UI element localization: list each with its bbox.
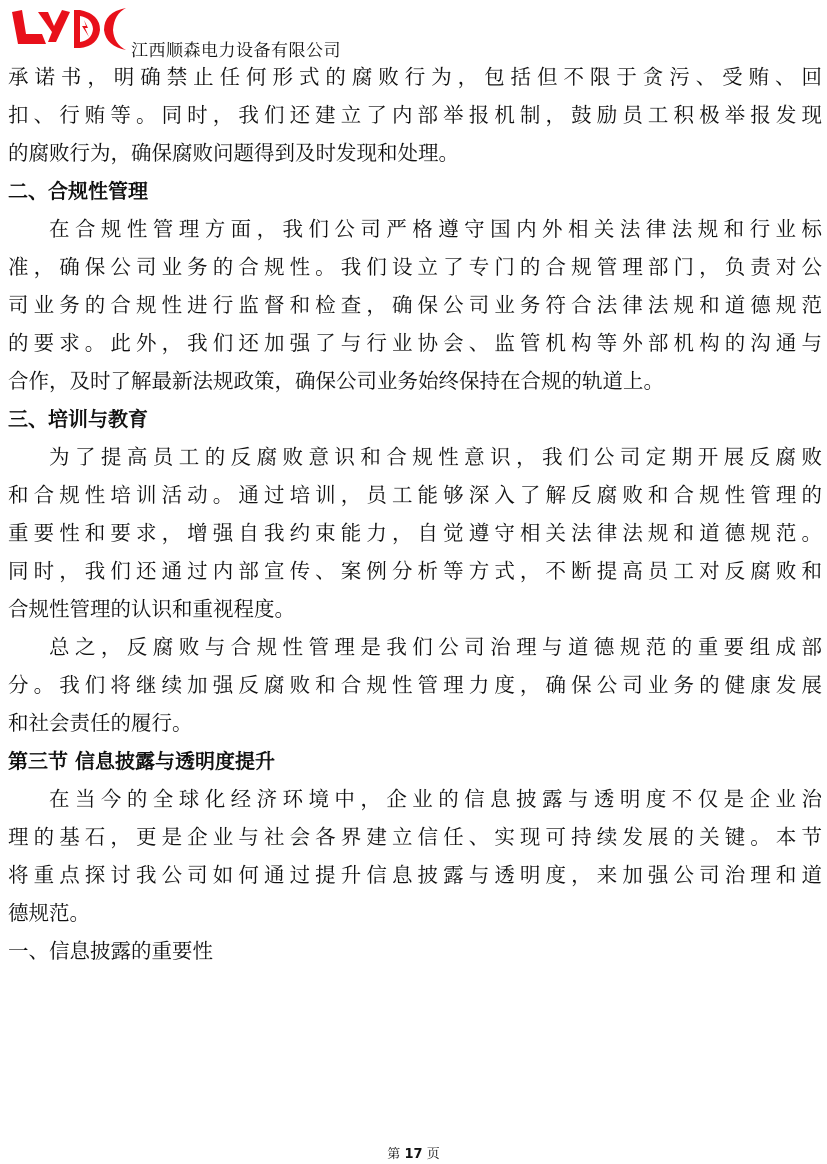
page-footer: 第 17 页 [0, 1143, 827, 1162]
document-body: 承诺书，明确禁止任何形式的腐败行为，包括但不限于贪污、受贿、回扣、行贿等。同时，… [8, 58, 822, 970]
page-suffix: 页 [427, 1147, 440, 1162]
paragraph-line: 司业务的合规性进行监督和检查，确保公司业务符合法律法规和道德规范 [8, 286, 822, 324]
section-heading: 二、合规性管理 [8, 172, 822, 210]
page-prefix: 第 [387, 1147, 400, 1162]
paragraph-line: 合规性管理的认识和重视程度。 [8, 590, 822, 628]
paragraph-line: 和合规性培训活动。通过培训，员工能够深入了解反腐败和合规性管理的 [8, 476, 822, 514]
paragraph-line: 理的基石，更是企业与社会各界建立信任、实现可持续发展的关键。本节 [8, 818, 822, 856]
paragraph-line: 德规范。 [8, 894, 822, 932]
paragraph-line: 总之，反腐败与合规性管理是我们公司治理与道德规范的重要组成部 [8, 628, 822, 666]
paragraph-line: 的腐败行为，确保腐败问题得到及时发现和处理。 [8, 134, 822, 172]
company-logo-icon [8, 4, 132, 50]
paragraph-line: 重要性和要求，增强自我约束能力，自觉遵守相关法律法规和道德规范。 [8, 514, 822, 552]
paragraph-line: 将重点探讨我公司如何通过提升信息披露与透明度，来加强公司治理和道 [8, 856, 822, 894]
paragraph-line: 扣、行贿等。同时，我们还建立了内部举报机制，鼓励员工积极举报发现 [8, 96, 822, 134]
paragraph-line: 合作，及时了解最新法规政策，确保公司业务始终保持在合规的轨道上。 [8, 362, 822, 400]
paragraph-line: 承诺书，明确禁止任何形式的腐败行为，包括但不限于贪污、受贿、回 [8, 58, 822, 96]
paragraph-line: 准，确保公司业务的合规性。我们设立了专门的合规管理部门，负责对公 [8, 248, 822, 286]
paragraph-line: 和社会责任的履行。 [8, 704, 822, 742]
paragraph-line: 分。我们将继续加强反腐败和合规性管理力度，确保公司业务的健康发展 [8, 666, 822, 704]
paragraph-line: 同时，我们还通过内部宣传、案例分析等方式，不断提高员工对反腐败和 [8, 552, 822, 590]
page-header: 江西顺森电力设备有限公司 [0, 0, 827, 58]
paragraph-line: 在当今的全球化经济环境中，企业的信息披露与透明度不仅是企业治 [8, 780, 822, 818]
paragraph-line: 在合规性管理方面，我们公司严格遵守国内外相关法律法规和行业标 [8, 210, 822, 248]
section-heading: 三、培训与教育 [8, 400, 822, 438]
paragraph-line: 为了提高员工的反腐败意识和合规性意识，我们公司定期开展反腐败 [8, 438, 822, 476]
page-number: 17 [404, 1147, 422, 1162]
section-heading: 第三节 信息披露与透明度提升 [8, 742, 822, 780]
paragraph-line: 的要求。此外，我们还加强了与行业协会、监管机构等外部机构的沟通与 [8, 324, 822, 362]
section-heading: 一、信息披露的重要性 [8, 932, 822, 970]
